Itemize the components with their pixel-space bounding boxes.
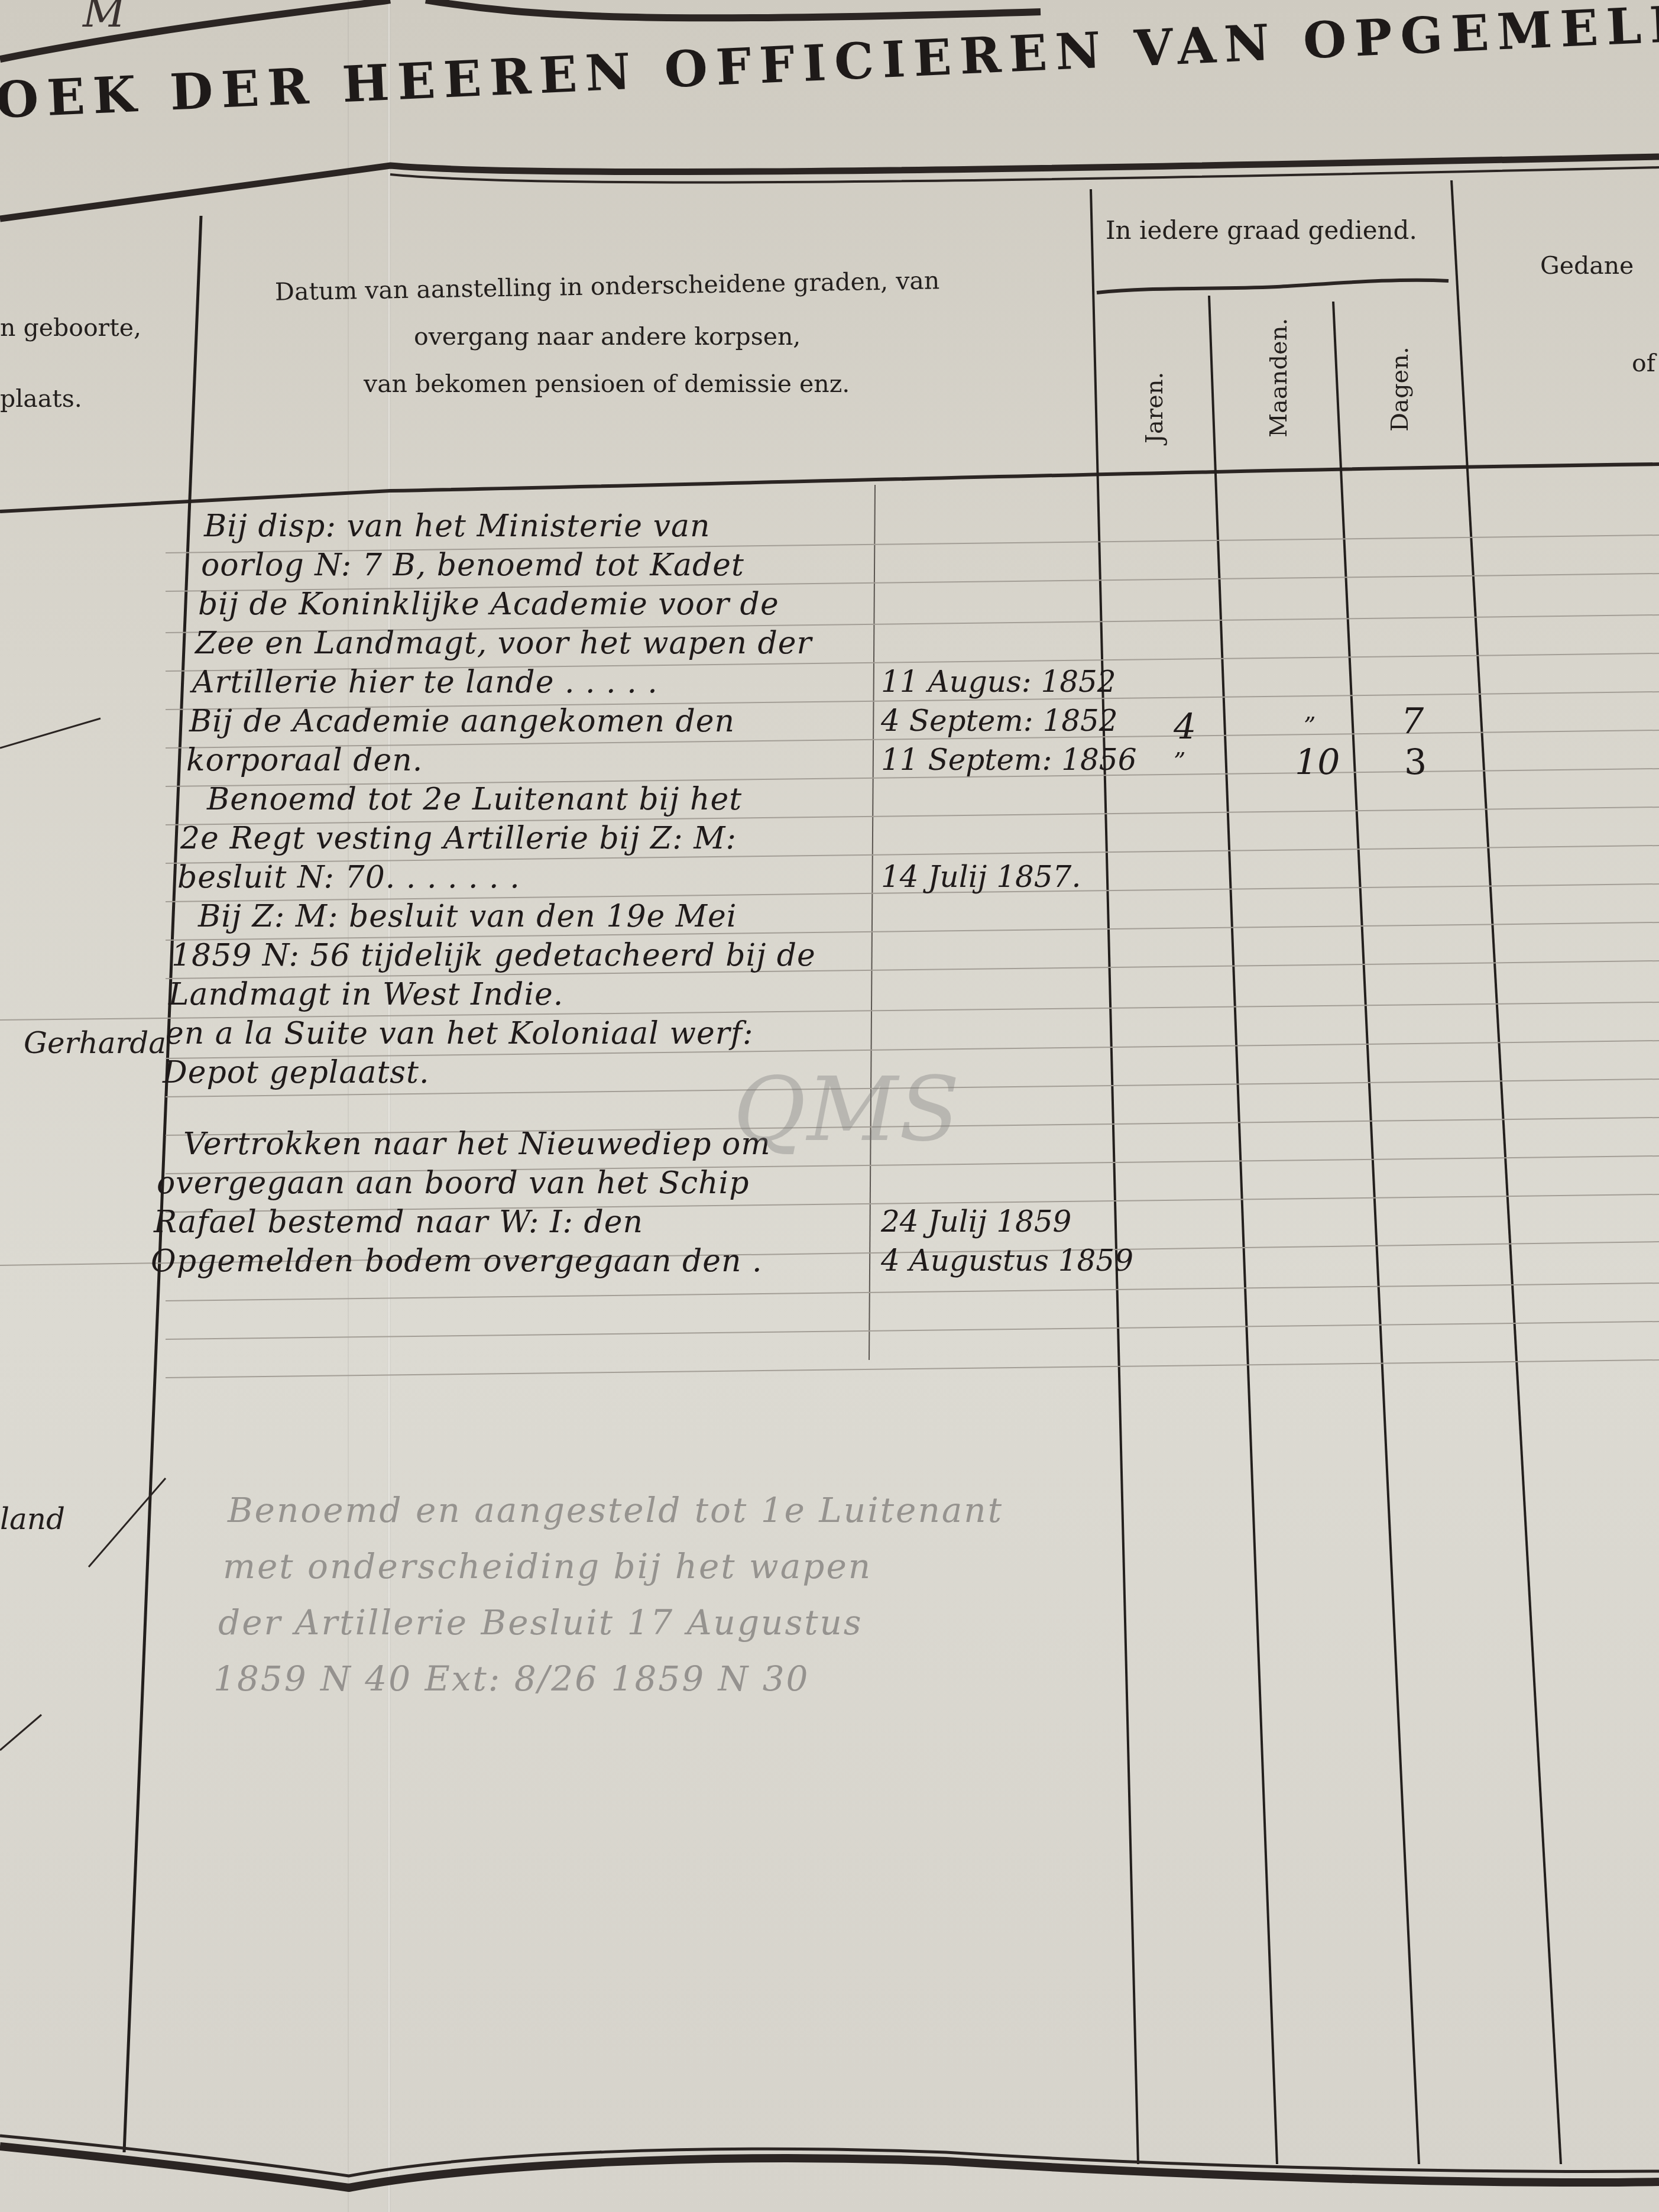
entry-line: Zee en Landmagt, voor het wapen der <box>195 626 812 661</box>
served-months-1: ” <box>1304 712 1315 740</box>
entry-date: 4 Septem: 1852 <box>881 704 1118 738</box>
pencil-note-line: der Artillerie Besluit 17 Augustus <box>218 1602 863 1643</box>
header-jaren: Jaren. <box>1141 372 1168 443</box>
header-done-line1: Gedane <box>1540 251 1634 280</box>
entry-line: Opgemelden bodem overgegaan den . <box>151 1243 763 1279</box>
header-birth-line2: plaats. <box>0 384 82 413</box>
entry-line: Rafael bestemd naar W: I: den <box>154 1204 643 1240</box>
header-dates-line3: van bekomen pensioen of demissie enz. <box>364 370 850 398</box>
given-name-fragment: Gerharda <box>24 1026 166 1060</box>
entry-line: Artillerie hier te lande . . . . . <box>192 665 658 700</box>
served-days-1: 7 <box>1401 701 1424 742</box>
top-handwriting-fragment: M <box>83 0 125 37</box>
served-days-2: 3 <box>1404 742 1427 783</box>
entry-line: besluit N: 70. . . . . . . <box>177 860 520 895</box>
entry-date: 11 Augus: 1852 <box>881 665 1116 699</box>
watermark: QMS <box>733 1058 961 1161</box>
entry-line: Benoemd tot 2e Luitenant bij het <box>207 782 742 817</box>
header-maanden: Maanden. <box>1265 318 1292 438</box>
entry-date: 11 Septem: 1856 <box>881 743 1136 777</box>
entry-date: 24 Julij 1859 <box>881 1204 1071 1239</box>
entry-line: Depot geplaatst. <box>163 1055 429 1090</box>
pencil-note-line: met onderscheiding bij het wapen <box>223 1546 872 1586</box>
entry-line: overgegaan aan boord van het Schip <box>157 1165 750 1201</box>
header-dagen: Dagen. <box>1386 346 1414 432</box>
served-years-1: 4 <box>1174 707 1196 748</box>
entry-line: Bij disp: van het Ministerie van <box>204 509 711 544</box>
entry-line: 1859 N: 56 tijdelijk gedetacheerd bij de <box>171 938 816 973</box>
entry-line: en a la Suite van het Koloniaal werf: <box>166 1016 753 1051</box>
header-birth-line1: n geboorte, <box>0 313 141 342</box>
header-served-group: In iedere graad gediend. <box>1106 216 1417 245</box>
served-months-2: 10 <box>1295 742 1340 783</box>
place-fragment: land <box>0 1502 65 1536</box>
entry-line: Vertrokken naar het Nieuwediep om <box>183 1126 771 1162</box>
pencil-note-line: Benoemd en aangesteld tot 1e Luitenant <box>228 1490 1003 1530</box>
entry-line: Landmagt in West Indie. <box>169 977 563 1012</box>
pencil-note-line: 1859 N 40 Ext: 8/26 1859 N 30 <box>213 1659 810 1699</box>
entry-date: 14 Julij 1857. <box>881 860 1081 894</box>
entry-line: oorlog N: 7 B, benoemd tot Kadet <box>201 548 744 583</box>
header-done-line2: of <box>1632 349 1655 377</box>
entry-date: 4 Augustus 1859 <box>881 1243 1133 1278</box>
entry-line: Bij de Academie aangekomen den <box>189 704 735 739</box>
entry-line: 2e Regt vesting Artillerie bij Z: M: <box>180 821 737 856</box>
served-years-2: ” <box>1174 748 1185 775</box>
header-dates-line2: overgang naar andere korpsen, <box>414 322 801 351</box>
entry-line: bij de Koninklijke Academie voor de <box>198 587 779 622</box>
entry-line: Bij Z: M: besluit van den 19e Mei <box>198 899 737 934</box>
entry-line: korporaal den. <box>186 743 423 778</box>
